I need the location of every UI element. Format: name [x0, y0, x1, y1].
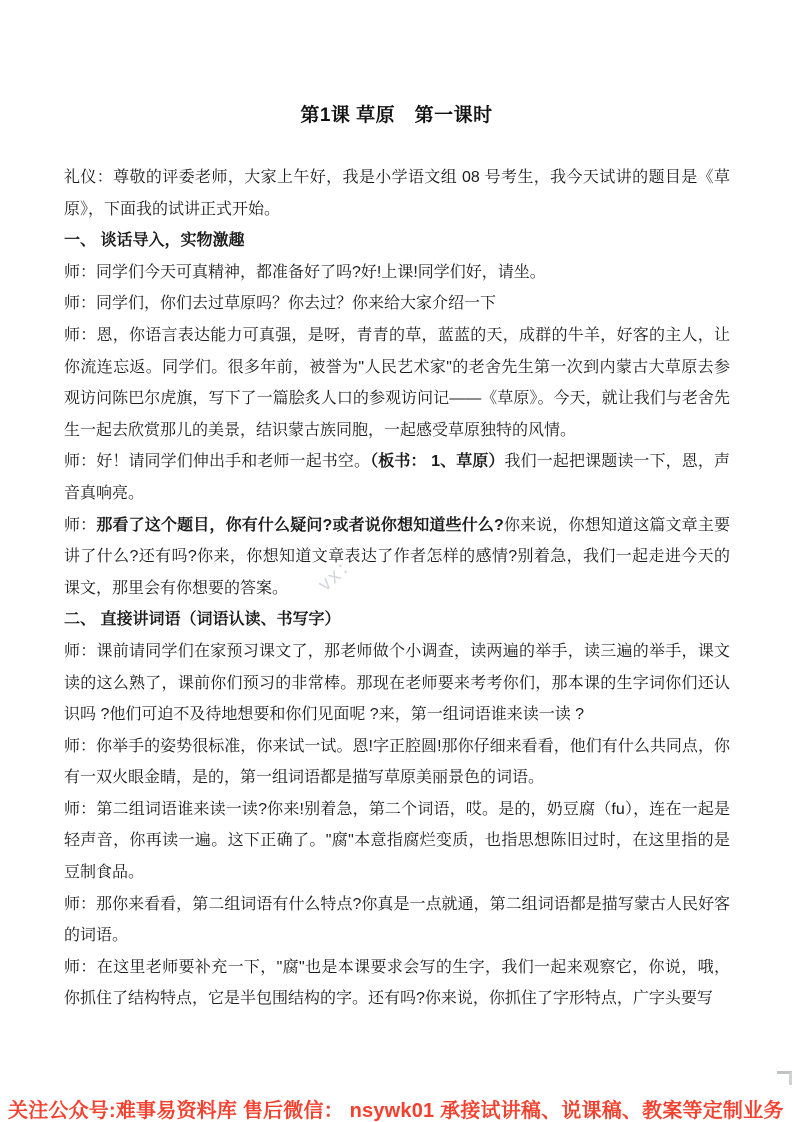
text-segment: 师：你举手的姿势很标准，你来试一试。恩!字正腔圆!那你仔细来看看，他们有什么共同… [64, 738, 730, 787]
bold-text-segment: 一、 谈话导入，实物激趣 [64, 232, 244, 249]
bold-text-segment: 那看了这个题目，你有什么疑问?或者说你想知道些什么? [96, 517, 503, 534]
page-title: 第1课 草原 第一课时 [0, 100, 793, 127]
paragraph: 师：那你来看看，第二组词语有什么特点?你真是一点就通，第二组词语都是描写蒙古人民… [64, 889, 730, 952]
paragraph: 师：同学们，你们去过草原吗？你去过？你来给大家介绍一下 [64, 288, 730, 320]
paragraph: 师：课前请同学们在家预习课文了，那老师做个小调查，读两遍的举手，读三遍的举手，课… [64, 636, 730, 731]
text-segment: 师：同学们今天可真精神，都准备好了吗?好!上课!同学们好，请坐。 [64, 264, 546, 281]
footer-banner: 关注公众号:难事易资料库 售后微信： nsywk01 承接试讲稿、说课稿、教案等… [8, 1094, 793, 1122]
text-segment: 师：第二组词语谁来读一读?你来!别着急，第二个词语，哎。是的，奶豆腐（fu），连… [64, 801, 730, 881]
document-page: 第1课 草原 第一课时 礼仪：尊敬的评委老师，大家上午好，我是小学语文组 08 … [0, 0, 793, 1122]
bold-text-segment: 二、 直接讲词语（词语认读、书写字） [64, 611, 340, 628]
paragraph: 师：同学们今天可真精神，都准备好了吗?好!上课!同学们好，请坐。 [64, 257, 730, 289]
paragraph: 师：你举手的姿势很标准，你来试一试。恩!字正腔圆!那你仔细来看看，他们有什么共同… [64, 731, 730, 794]
paragraph: 师：第二组词语谁来读一读?你来!别着急，第二个词语，哎。是的，奶豆腐（fu），连… [64, 794, 730, 889]
text-segment: 师：那你来看看，第二组词语有什么特点?你真是一点就通，第二组词语都是描写蒙古人民… [64, 896, 730, 945]
page-corner-artifact [777, 1071, 792, 1085]
text-segment: 师：在这里老师要补充一下，"腐"也是本课要求会写的生字，我们一起来观察它，你说，… [64, 959, 730, 1008]
paragraph: 师：那看了这个题目，你有什么疑问?或者说你想知道些什么?你来说，你想知道这篇文章… [64, 510, 730, 605]
document-body: 礼仪：尊敬的评委老师，大家上午好，我是小学语文组 08 号考生，我今天试讲的题目… [64, 162, 730, 1015]
text-segment: 师：同学们，你们去过草原吗？你去过？你来给大家介绍一下 [64, 295, 496, 312]
text-segment: 师：好！请同学们伸出手和老师一起书空。 [64, 453, 370, 470]
text-segment: 师：恩，你语言表达能力可真强，是呀，青青的草，蓝蓝的天，成群的牛羊，好客的主人，… [64, 327, 730, 439]
text-segment: 礼仪：尊敬的评委老师，大家上午好，我是小学语文组 08 号考生，我今天试讲的题目… [64, 169, 730, 218]
paragraph: 师：在这里老师要补充一下，"腐"也是本课要求会写的生字，我们一起来观察它，你说，… [64, 952, 730, 1015]
bold-text-segment: （板书： 1、草原） [370, 453, 504, 470]
section-heading: 二、 直接讲词语（词语认读、书写字） [64, 604, 730, 636]
text-segment: 师：课前请同学们在家预习课文了，那老师做个小调查，读两遍的举手，读三遍的举手，课… [64, 643, 730, 723]
paragraph: 师：好！请同学们伸出手和老师一起书空。（板书： 1、草原）我们一起把课题读一下，… [64, 446, 730, 509]
paragraph: 礼仪：尊敬的评委老师，大家上午好，我是小学语文组 08 号考生，我今天试讲的题目… [64, 162, 730, 225]
section-heading: 一、 谈话导入，实物激趣 [64, 225, 730, 257]
paragraph: 师：恩，你语言表达能力可真强，是呀，青青的草，蓝蓝的天，成群的牛羊，好客的主人，… [64, 320, 730, 446]
text-segment: 师： [64, 517, 96, 534]
